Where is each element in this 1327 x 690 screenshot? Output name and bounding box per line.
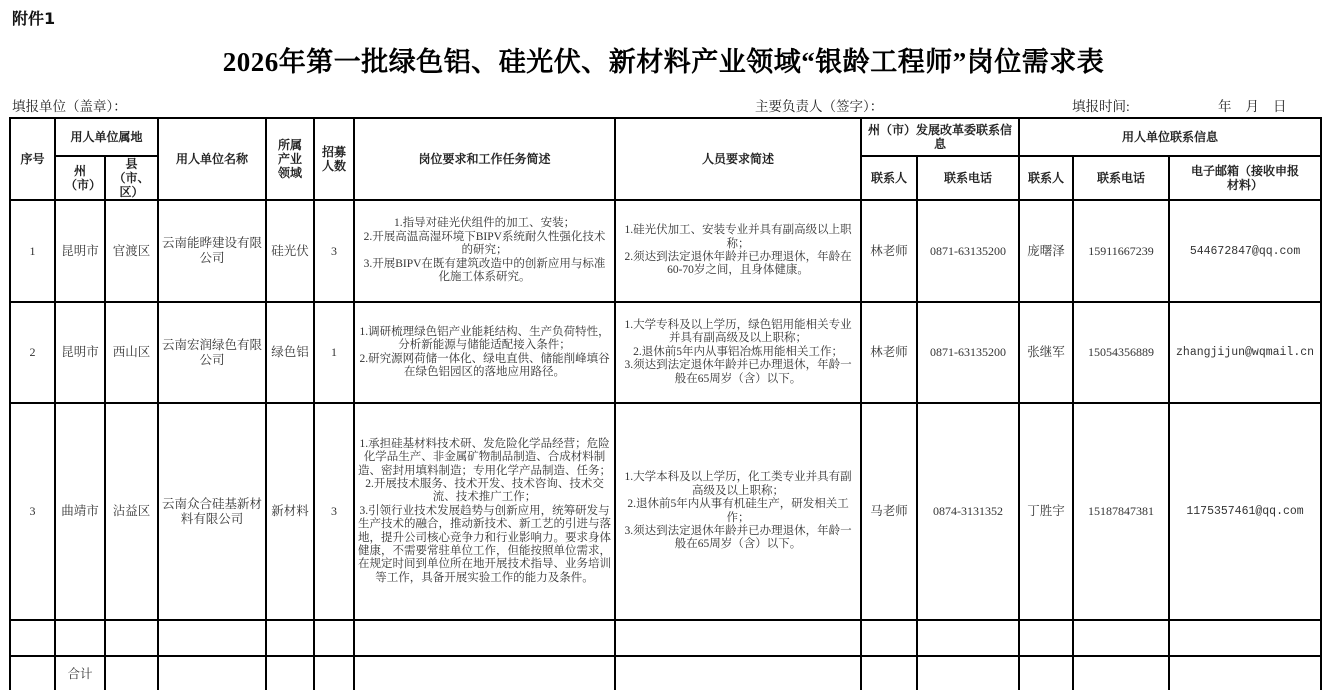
cell-ndrc-contact: 林老师: [861, 200, 917, 302]
cell-empty: [861, 620, 917, 656]
cell-prefecture: 昆明市: [55, 302, 105, 403]
cell-empty: [861, 656, 917, 690]
cell-personnel-req: 1.硅光伏加工、安装专业并具有副高级以上职称； 2.须达到法定退休年龄并已办理退…: [615, 200, 861, 302]
job-desc-line: 2.开展技术服务、技术开发、技术咨询、技术交流、技术推广工作；: [358, 478, 611, 505]
header-location-group: 用人单位属地: [55, 118, 158, 156]
cell-empty: [354, 656, 615, 690]
fill-unit-label: 填报单位（盖章）：: [12, 95, 127, 115]
cell-empty: [917, 656, 1019, 690]
cell-employer-name: 云南宏润绿色有限公司: [158, 302, 266, 403]
table-row-total: 合计: [10, 656, 1321, 690]
cell-job-desc: 1.调研梳理绿色铝产业能耗结构、生产负荷特性，分析新能源与储能适配接入条件； 2…: [354, 302, 615, 403]
header-ndrc-contact: 联系人: [861, 156, 917, 200]
header-emp-contact: 联系人: [1019, 156, 1073, 200]
cell-empty: [1073, 656, 1169, 690]
header-personnel-req: 人员要求简述: [615, 118, 861, 200]
cell-headcount: 3: [314, 403, 354, 620]
cell-ndrc-phone: 0871-63135200: [917, 302, 1019, 403]
job-desc-line: 3.开展BIPV在既有建筑改造中的创新应用与标准化施工体系研究。: [358, 258, 611, 285]
job-desc-line: 2.开展高温高湿环境下BIPV系统耐久性强化技术的研究；: [358, 231, 611, 258]
header-prefecture: 州（市）: [55, 156, 105, 200]
cell-county: 官渡区: [105, 200, 158, 302]
cell-empty: [266, 656, 314, 690]
date-month: 月: [1246, 99, 1260, 114]
cell-headcount: 3: [314, 200, 354, 302]
cell-empty: [1073, 620, 1169, 656]
personnel-req-line: 1.大学专科及以上学历，绿色铝用能相关专业并具有副高级及以上职称；: [619, 319, 857, 346]
cell-county: 西山区: [105, 302, 158, 403]
cell-seq: 1: [10, 200, 55, 302]
cell-emp-contact: 丁胜宇: [1019, 403, 1073, 620]
cell-empty: [105, 620, 158, 656]
cell-emp-email[interactable]: 544672847@qq.com: [1169, 200, 1321, 302]
personnel-req-line: 3.须达到法定退休年龄并已办理退休，年龄一般在65周岁（含）以下。: [619, 525, 857, 552]
cell-industry: 硅光伏: [266, 200, 314, 302]
fill-time-label: 填报时间:: [1072, 95, 1130, 115]
cell-headcount: 1: [314, 302, 354, 403]
job-desc-line: 3.引领行业技术发展趋势与创新应用，统筹研发与生产技术的融合，推动新技术、新工艺…: [358, 505, 611, 585]
header-job-desc: 岗位要求和工作任务简述: [354, 118, 615, 200]
cell-prefecture: 曲靖市: [55, 403, 105, 620]
personnel-req-line: 2.须达到法定退休年龄并已办理退休，年龄在60-70岁之间，且身体健康。: [619, 251, 857, 278]
header-headcount-text: 招募人数: [321, 145, 347, 173]
cell-emp-email[interactable]: 1175357461@qq.com: [1169, 403, 1321, 620]
table-row: 2 昆明市 西山区 云南宏润绿色有限公司 绿色铝 1 1.调研梳理绿色铝产业能耗…: [10, 302, 1321, 403]
leader-signature-label: 主要负责人（签字）：: [755, 95, 883, 115]
cell-prefecture: 昆明市: [55, 200, 105, 302]
cell-ndrc-phone: 0874-3131352: [917, 403, 1019, 620]
cell-seq: 3: [10, 403, 55, 620]
cell-personnel-req: 1.大学专科及以上学历，绿色铝用能相关专业并具有副高级及以上职称； 2.退休前5…: [615, 302, 861, 403]
header-industry: 所属产业领域: [266, 118, 314, 200]
cell-emp-email[interactable]: zhangjijun@wqmail.cn: [1169, 302, 1321, 403]
document-title: 2026年第一批绿色铝、硅光伏、新材料产业领域“银龄工程师”岗位需求表: [0, 40, 1327, 79]
cell-empty: [917, 620, 1019, 656]
cell-empty: [158, 620, 266, 656]
cell-seq: 2: [10, 302, 55, 403]
header-employer-name: 用人单位名称: [158, 118, 266, 200]
cell-ndrc-phone: 0871-63135200: [917, 200, 1019, 302]
cell-empty: [1019, 656, 1073, 690]
header-county-text: 县（市、区）: [112, 157, 152, 199]
cell-empty: [354, 620, 615, 656]
header-emp-phone: 联系电话: [1073, 156, 1169, 200]
cell-empty: [615, 656, 861, 690]
attachment-label: 附件1: [12, 6, 55, 29]
cell-county: 沾益区: [105, 403, 158, 620]
personnel-req-line: 1.硅光伏加工、安装专业并具有副高级以上职称；: [619, 224, 857, 251]
cell-ndrc-contact: 马老师: [861, 403, 917, 620]
header-ndrc-phone: 联系电话: [917, 156, 1019, 200]
date-year: 年: [1218, 99, 1232, 114]
cell-job-desc: 1.承担硅基材料技术研、发危险化学品经营；危险化学品生产、非金属矿物制品制造、合…: [354, 403, 615, 620]
header-seq: 序号: [10, 118, 55, 200]
cell-job-desc: 1.指导对硅光伏组件的加工、安装； 2.开展高温高湿环境下BIPV系统耐久性强化…: [354, 200, 615, 302]
cell-empty: [158, 656, 266, 690]
job-demand-table: 序号 用人单位属地 用人单位名称 所属产业领域 招募人数 岗位要求和工作任务简述…: [9, 117, 1322, 690]
cell-empty: [1169, 620, 1321, 656]
table-row-empty: [10, 620, 1321, 656]
header-employer-contact-group: 用人单位联系信息: [1019, 118, 1321, 156]
header-industry-text: 所属产业领域: [275, 138, 305, 180]
job-desc-line: 1.调研梳理绿色铝产业能耗结构、生产负荷特性，分析新能源与储能适配接入条件；: [358, 326, 611, 353]
header-ndrc-group: 州（市）发展改革委联系信息: [861, 118, 1019, 156]
header-prefecture-text: 州（市）: [65, 164, 95, 192]
cell-emp-contact: 庞曙泽: [1019, 200, 1073, 302]
cell-ndrc-contact: 林老师: [861, 302, 917, 403]
cell-empty: [314, 620, 354, 656]
job-desc-line: 1.承担硅基材料技术研、发危险化学品经营；危险化学品生产、非金属矿物制品制造、合…: [358, 438, 611, 478]
cell-empty: [55, 620, 105, 656]
cell-total-label: 合计: [55, 656, 105, 690]
cell-empty: [314, 656, 354, 690]
cell-industry: 新材料: [266, 403, 314, 620]
cell-emp-phone: 15187847381: [1073, 403, 1169, 620]
date-day: 日: [1273, 99, 1287, 114]
personnel-req-line: 2.退休前5年内从事有机硅生产，研发相关工作；: [619, 498, 857, 525]
cell-empty: [615, 620, 861, 656]
personnel-req-line: 2.退休前5年内从事铝冶炼用能相关工作；: [619, 346, 857, 359]
personnel-req-line: 3.须达到法定退休年龄并已办理退休，年龄一般在65周岁（含）以下。: [619, 359, 857, 386]
cell-employer-name: 云南能晔建设有限公司: [158, 200, 266, 302]
header-county: 县（市、区）: [105, 156, 158, 200]
header-emp-email-text: 电子邮箱（接收申报材料）: [1190, 164, 1300, 192]
cell-empty: [10, 620, 55, 656]
cell-emp-phone: 15054356889: [1073, 302, 1169, 403]
header-headcount: 招募人数: [314, 118, 354, 200]
fill-date: 年月日: [1218, 95, 1301, 115]
cell-industry: 绿色铝: [266, 302, 314, 403]
cell-personnel-req: 1.大学本科及以上学历，化工类专业并具有副高级及以上职称； 2.退休前5年内从事…: [615, 403, 861, 620]
header-emp-email: 电子邮箱（接收申报材料）: [1169, 156, 1321, 200]
cell-empty: [10, 656, 55, 690]
job-desc-line: 1.指导对硅光伏组件的加工、安装；: [358, 217, 611, 230]
job-desc-line: 2.研究源网荷储一体化、绿电直供、储能削峰填谷在绿色铝园区的落地应用路径。: [358, 353, 611, 380]
table-row: 3 曲靖市 沾益区 云南众合硅基新材料有限公司 新材料 3 1.承担硅基材料技术…: [10, 403, 1321, 620]
cell-emp-contact: 张继军: [1019, 302, 1073, 403]
cell-empty: [105, 656, 158, 690]
cell-empty: [1019, 620, 1073, 656]
cell-emp-phone: 15911667239: [1073, 200, 1169, 302]
cell-empty: [266, 620, 314, 656]
cell-employer-name: 云南众合硅基新材料有限公司: [158, 403, 266, 620]
personnel-req-line: 1.大学本科及以上学历，化工类专业并具有副高级及以上职称；: [619, 471, 857, 498]
table-row: 1 昆明市 官渡区 云南能晔建设有限公司 硅光伏 3 1.指导对硅光伏组件的加工…: [10, 200, 1321, 302]
cell-empty: [1169, 656, 1321, 690]
